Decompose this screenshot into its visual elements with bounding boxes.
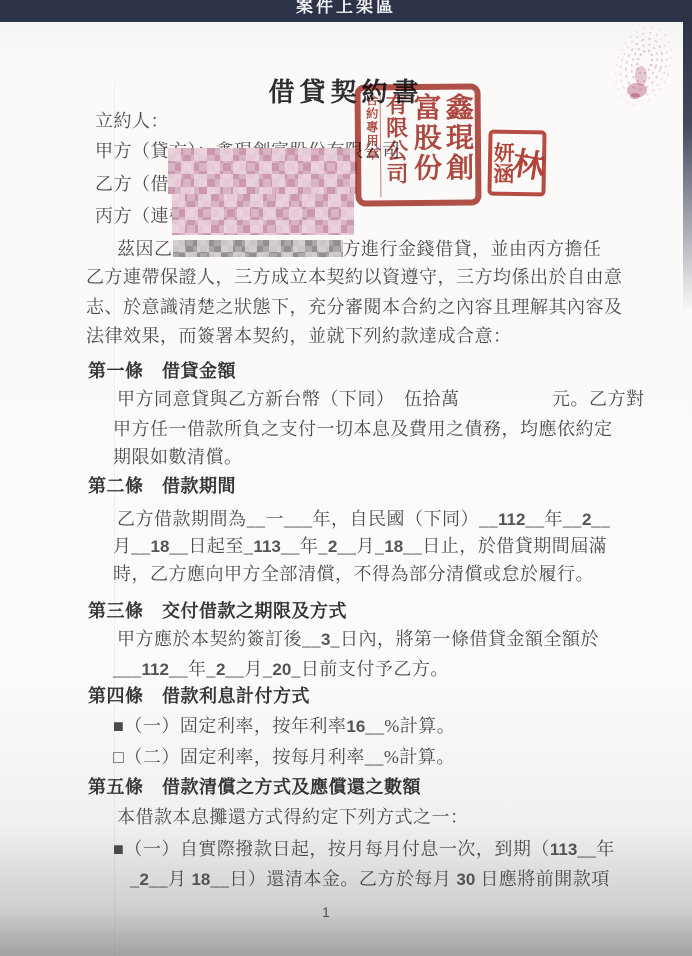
clause-1-line-1: 甲方同意貸與乙方新台幣（下同） 伍拾萬 元。乙方對 xyxy=(117,385,645,411)
clause-1-line-3: 期限如數清償。 xyxy=(113,443,243,469)
clause-2-line-2: 月__18__日起至_113__年_2__月_18__日止，於借貸期間屆滿 xyxy=(113,532,607,558)
parties-label: 立約人： xyxy=(95,107,169,133)
document-title: 借貸契約書 xyxy=(0,72,692,109)
intro-line-4: 法律效果，而簽署本契約，並就下列約款達成合意： xyxy=(86,322,512,348)
clause-2-line-3: 時，乙方應向甲方全部清償，不得為部分清償或怠於履行。 xyxy=(113,560,594,586)
company-seal-column-1: 鑫琨創 xyxy=(443,93,472,197)
intro-line-2: 乙方連帶保證人，三方成立本契約以資遵守，三方均係出於自由意 xyxy=(86,263,623,289)
redaction-mosaic-intro xyxy=(173,240,343,257)
clause-3-line-1: 甲方應於本契約簽訂後__3_日內，將第一條借貸金額全額於 xyxy=(117,625,599,651)
clause-5-option-line-2: _2__月 18__日）還清本金。乙方於每月 30 日應將前開款項 xyxy=(130,865,610,891)
clause-5-option-line-1: ■（一）自實際撥款日起，按月每月付息一次，到期（113__年 xyxy=(113,835,615,861)
company-seal-column-3: 有限公司 xyxy=(384,93,407,197)
app-header: 案件上架區 xyxy=(0,0,692,22)
redaction-mosaic-party-c xyxy=(172,194,354,235)
page-number: 1 xyxy=(322,904,330,920)
name-seal-surname: 林 xyxy=(510,138,549,188)
page-edge-shadow xyxy=(683,22,692,312)
company-seal-column-2: 富股份 xyxy=(410,93,439,197)
clause-3-line-2: ___112__年_2__月_20_日前支付予乙方。 xyxy=(113,655,449,681)
clause-2-heading: 第二條 借款期間 xyxy=(88,472,236,498)
clause-5-heading: 第五條 借款清償之方式及應償還之數額 xyxy=(88,773,421,799)
clause-1-line-2: 甲方任一借款所負之支付一切本息及費用之債務，均應依約定 xyxy=(113,415,613,441)
clause-4-option-1: ■（一）固定利率，按年利率16__%計算。 xyxy=(113,712,455,738)
clause-1-heading: 第一條 借貸金額 xyxy=(88,357,236,383)
scanned-contract-page: 借貸契約書 立約人：甲方（貸方）：鑫琨創富股份有限公司乙方（借方丙方（連帶茲因乙… xyxy=(0,22,692,956)
intro-line-3: 志、於意識清楚之狀態下，充分審閱本合約之內容且理解其內容及 xyxy=(86,293,623,319)
clause-4-option-2: □（二）固定利率，按每月利率__%計算。 xyxy=(113,743,455,769)
clause-5-line-1: 本借款本息攤還方式得約定下列方式之一： xyxy=(117,803,469,829)
app-header-title: 案件上架區 xyxy=(0,0,692,17)
clause-4-heading: 第四條 借款利息計付方式 xyxy=(88,682,310,708)
company-contract-seal: 鑫琨創富股份有限公司合約專用章 xyxy=(354,83,481,206)
intro-line-1: 茲因乙方進行金錢借貸，並由丙方擔任 xyxy=(117,235,602,261)
company-seal-side-label: 合約專用章 xyxy=(365,93,381,197)
personal-name-seal: 妍涵 林 xyxy=(487,129,546,196)
clause-2-line-1: 乙方借款期間為__一___年，自民國（下同）__112__年__2__ xyxy=(117,505,610,531)
clause-3-heading: 第三條 交付借款之期限及方式 xyxy=(88,597,347,623)
redaction-mosaic-party-b xyxy=(168,148,357,194)
